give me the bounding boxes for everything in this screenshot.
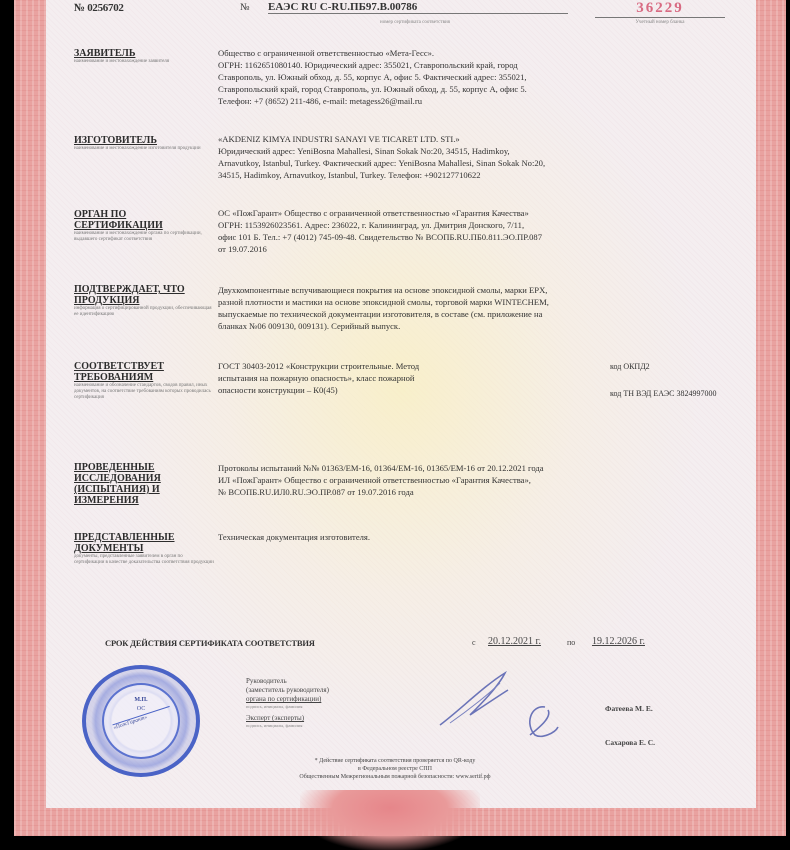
text-line: 34515, Hadimkoy, Arnavutkoy, Istanbul, T… [218, 169, 743, 181]
expert-caption: подпись, инициалы, фамилия [246, 723, 329, 729]
section-cert-body-value: ОС «ПожГарант» Общество с ограниченной о… [218, 207, 743, 255]
text-line: «AKDENIZ KIMYA INDUSTRI SANAYI VE TICARE… [218, 133, 743, 145]
text-line: Ставропольский край, город Ставрополь, у… [218, 83, 743, 95]
section-documents-value: Техническая документация изготовителя. [218, 531, 743, 543]
section-tests-value: Протоколы испытаний №№ 01363/ЕМ-16, 0136… [218, 462, 743, 498]
section-title: ЗАЯВИТЕЛЬ [74, 48, 214, 59]
text-line: Ставрополь, ул. Южный обход, д. 55, корп… [218, 71, 743, 83]
section-manufacturer-label: ИЗГОТОВИТЕЛЬ наименование и местонахожде… [74, 135, 214, 152]
serial-number: 36229 [595, 0, 725, 18]
expert-title: Эксперт (эксперты) [246, 714, 329, 723]
section-applicant-value: Общество с ограниченной ответственностью… [218, 47, 743, 107]
section-product-value: Двухкомпонентные вспучивающиеся покрытия… [218, 284, 743, 332]
text-line: Протоколы испытаний №№ 01363/ЕМ-16, 0136… [218, 462, 743, 474]
validity-from-date: 20.12.2021 г. [488, 636, 541, 647]
text-line: ОГРН: 1162651080140. Юридический адрес: … [218, 59, 743, 71]
section-subtitle: наименование и обозначение стандартов, с… [74, 383, 214, 401]
text-line: опасности конструкции – К0(45) [218, 384, 538, 396]
stamp-text-mp: М.П. [86, 697, 196, 703]
text-line: ОС «ПожГарант» Общество с ограниченной о… [218, 207, 743, 219]
section-documents-label: ПРЕДСТАВЛЕННЫЕ ДОКУМЕНТЫ документы, пред… [74, 532, 214, 566]
footnote-line: Общественным Межрегиональным пожарной бе… [200, 773, 590, 781]
text-line: ГОСТ 30403-2012 «Конструкции строительны… [218, 360, 538, 372]
section-title: ОРГАН ПО СЕРТИФИКАЦИИ [74, 209, 214, 231]
section-requirements-value: ГОСТ 30403-2012 «Конструкции строительны… [218, 360, 538, 396]
section-subtitle: документы, представленные заявителем в о… [74, 554, 214, 566]
signatory-name-expert: Сахарова Е. С. [605, 738, 655, 747]
footnote-line: в Федеральном реестре СПП [200, 765, 590, 773]
footnote-line: * Действие сертификата соответствия пров… [200, 757, 590, 765]
section-subtitle: наименование и местонахождение изготовит… [74, 146, 214, 152]
tnved-code: код ТН ВЭД ЕАЭС 3824997000 [610, 388, 730, 399]
section-requirements-label: СООТВЕТСТВУЕТ ТРЕБОВАНИЯМ наименование и… [74, 361, 214, 401]
section-tests-label: ПРОВЕДЕННЫЕ ИССЛЕДОВАНИЯ (ИСПЫТАНИЯ) И И… [74, 462, 214, 506]
number-prefix: № [240, 2, 250, 13]
certificate-number: ЕАЭС RU С-RU.ПБ97.В.00786 [268, 1, 568, 14]
text-line: от 19.07.2016 [218, 243, 743, 255]
section-title: ПРЕДСТАВЛЕННЫЕ ДОКУМЕНТЫ [74, 532, 214, 554]
text-line: Техническая документация изготовителя. [218, 531, 743, 543]
sign-caption: подпись, инициалы, фамилия [246, 704, 329, 710]
section-title: ПРОВЕДЕННЫЕ ИССЛЕДОВАНИЯ (ИСПЫТАНИЯ) И И… [74, 462, 214, 506]
official-stamp: М.П. ОС «ПожГарант» [82, 665, 200, 777]
text-line: бланках №06 009130, 009131). Серийный вы… [218, 320, 743, 332]
section-subtitle: наименование и местонахождение заявителя [74, 59, 214, 65]
stamp-text-os: ОС [86, 706, 196, 712]
certificate-number-caption: номер сертификата соответствия [300, 20, 530, 25]
section-title: ПОДТВЕРЖДАЕТ, ЧТО ПРОДУКЦИЯ [74, 284, 214, 306]
text-line: ОГРН: 1153926023561. Адрес: 236022, г. К… [218, 219, 743, 231]
signatory-name-head: Фатеева М. Е. [605, 704, 653, 713]
validity-from-prefix: с [472, 638, 476, 647]
text-line: разной плотности и мастики на основе эпо… [218, 296, 743, 308]
head-title: Руководитель [246, 677, 329, 686]
body-title: органа по сертификации) [246, 695, 329, 704]
text-line: Общество с ограниченной ответственностью… [218, 47, 743, 59]
handwritten-signature-icon [430, 665, 570, 745]
validity-to-prefix: по [567, 638, 575, 647]
section-subtitle: наименование и местонахождение органа по… [74, 231, 214, 243]
text-line: Телефон: +7 (8652) 211-486, e-mail: meta… [218, 95, 743, 107]
text-line: офис 101 Б. Тел.: +7 (4012) 745-09-48. С… [218, 231, 743, 243]
text-line: ИЛ «ПожГарант» Общество с ограниченной о… [218, 474, 743, 486]
text-line: Arnavutkoy, Istanbul, Turkey. Фактически… [218, 157, 743, 169]
section-title: СООТВЕТСТВУЕТ ТРЕБОВАНИЯМ [74, 361, 214, 383]
section-applicant-label: ЗАЯВИТЕЛЬ наименование и местонахождение… [74, 48, 214, 65]
text-line: Юридический адрес: YeniBosna Mahallesi, … [218, 145, 743, 157]
section-subtitle: информация о сертифицированной продукции… [74, 306, 214, 318]
deputy-title: (заместитель руководителя) [246, 686, 329, 695]
form-code: № 0256702 [74, 2, 124, 14]
serial-caption: Учетный номер бланка [600, 20, 720, 25]
section-title: ИЗГОТОВИТЕЛЬ [74, 135, 214, 146]
footnote: * Действие сертификата соответствия пров… [200, 757, 590, 781]
text-line: выпускаемые по технической документации … [218, 308, 743, 320]
validity-to-date: 19.12.2026 г. [592, 636, 645, 647]
text-line: № ВСОПБ.RU.ИЛ0.RU.ЭО.ПР.087 от 19.07.201… [218, 486, 743, 498]
section-product-label: ПОДТВЕРЖДАЕТ, ЧТО ПРОДУКЦИЯ информация о… [74, 284, 214, 318]
okpd2-code: код ОКПД2 [610, 361, 650, 372]
section-manufacturer-value: «AKDENIZ KIMYA INDUSTRI SANAYI VE TICARE… [218, 133, 743, 181]
section-cert-body-label: ОРГАН ПО СЕРТИФИКАЦИИ наименование и мес… [74, 209, 214, 243]
text-line: Двухкомпонентные вспучивающиеся покрытия… [218, 284, 743, 296]
bottom-ornament [300, 790, 480, 850]
signatory-block: Руководитель (заместитель руководителя) … [246, 677, 329, 729]
text-line: испытания на пожарную опасность», класс … [218, 372, 538, 384]
validity-label: СРОК ДЕЙСТВИЯ СЕРТИФИКАТА СООТВЕТСТВИЯ [105, 638, 315, 648]
